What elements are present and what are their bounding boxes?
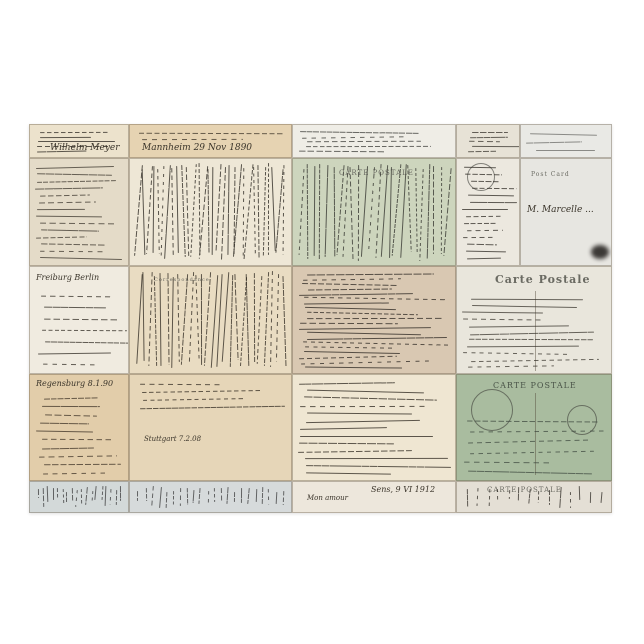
handwriting [462,415,606,476]
postcard-tile: Post Card M. Marcelle ... [520,158,612,266]
handwriting [135,129,286,141]
postcard-tile: Stuttgart 7.2.08 [129,374,292,481]
handwriting [135,379,286,410]
date-text: Sens, 9 VI 1912 [371,485,435,494]
ink-stain [591,245,609,259]
postcard-tile: CARTE POSTALE [456,481,612,513]
postcard-tile: Regensburg 8.1.90 [29,374,129,481]
postcard-tile [520,124,612,158]
postcard-tile [456,158,520,266]
postcard-tile [456,124,520,158]
date-text: Regensburg 8.1.90 [36,379,113,388]
postcard-tile [292,374,456,481]
handwriting [298,379,450,476]
handwriting [462,163,514,261]
handwriting [35,163,123,261]
handwriting [462,295,606,369]
postcard-tile: Wilhelm Meyer [29,124,129,158]
signature-text: Wilhelm Meyer [50,143,120,153]
postcard-heading: CARTE POSTALE [493,381,577,390]
handwriting [135,271,286,369]
postcard-tile: Freiburg Berlin [29,266,129,374]
postcard-heading: Carte Postale [495,273,590,286]
postcard-tile: Mannheim 29 Nov 1890 [129,124,292,158]
handwriting [298,129,450,153]
handwriting [298,271,450,369]
header-text: Freiburg Berlin [36,273,99,282]
postcard-tile: CARTE POSTALE [456,374,612,481]
place-date-text: Stuttgart 7.2.08 [144,435,201,443]
postcard-tile: Sens, 9 VI 1912 Mon amour [292,481,456,513]
handwriting [462,486,606,508]
handwriting [298,163,450,261]
handwriting [35,486,123,508]
postcard-tile: CARTE POSTALE [292,158,456,266]
postcard-tile: Correspondance [129,266,292,374]
date-text: Mannheim 29 Nov 1890 [142,143,252,153]
handwriting [135,486,286,508]
postcard-tile [129,158,292,266]
handwriting [462,129,514,153]
handwriting [35,289,123,369]
address-text: M. Marcelle ... [527,205,594,215]
postcard-heading: Post Card [531,171,570,178]
handwriting [526,129,606,153]
postcard-tile [29,158,129,266]
postcard-tile [292,124,456,158]
postcard-tile [292,266,456,374]
handwriting [35,393,123,476]
greeting-text: Mon amour [307,494,348,502]
handwriting [135,163,286,261]
pillowcase: Wilhelm Meyer Mannheim 29 Nov 1890 CARTE… [29,124,612,513]
postcard-tile: Carte Postale [456,266,612,374]
postcard-tile [129,481,292,513]
postcard-tile [29,481,129,513]
